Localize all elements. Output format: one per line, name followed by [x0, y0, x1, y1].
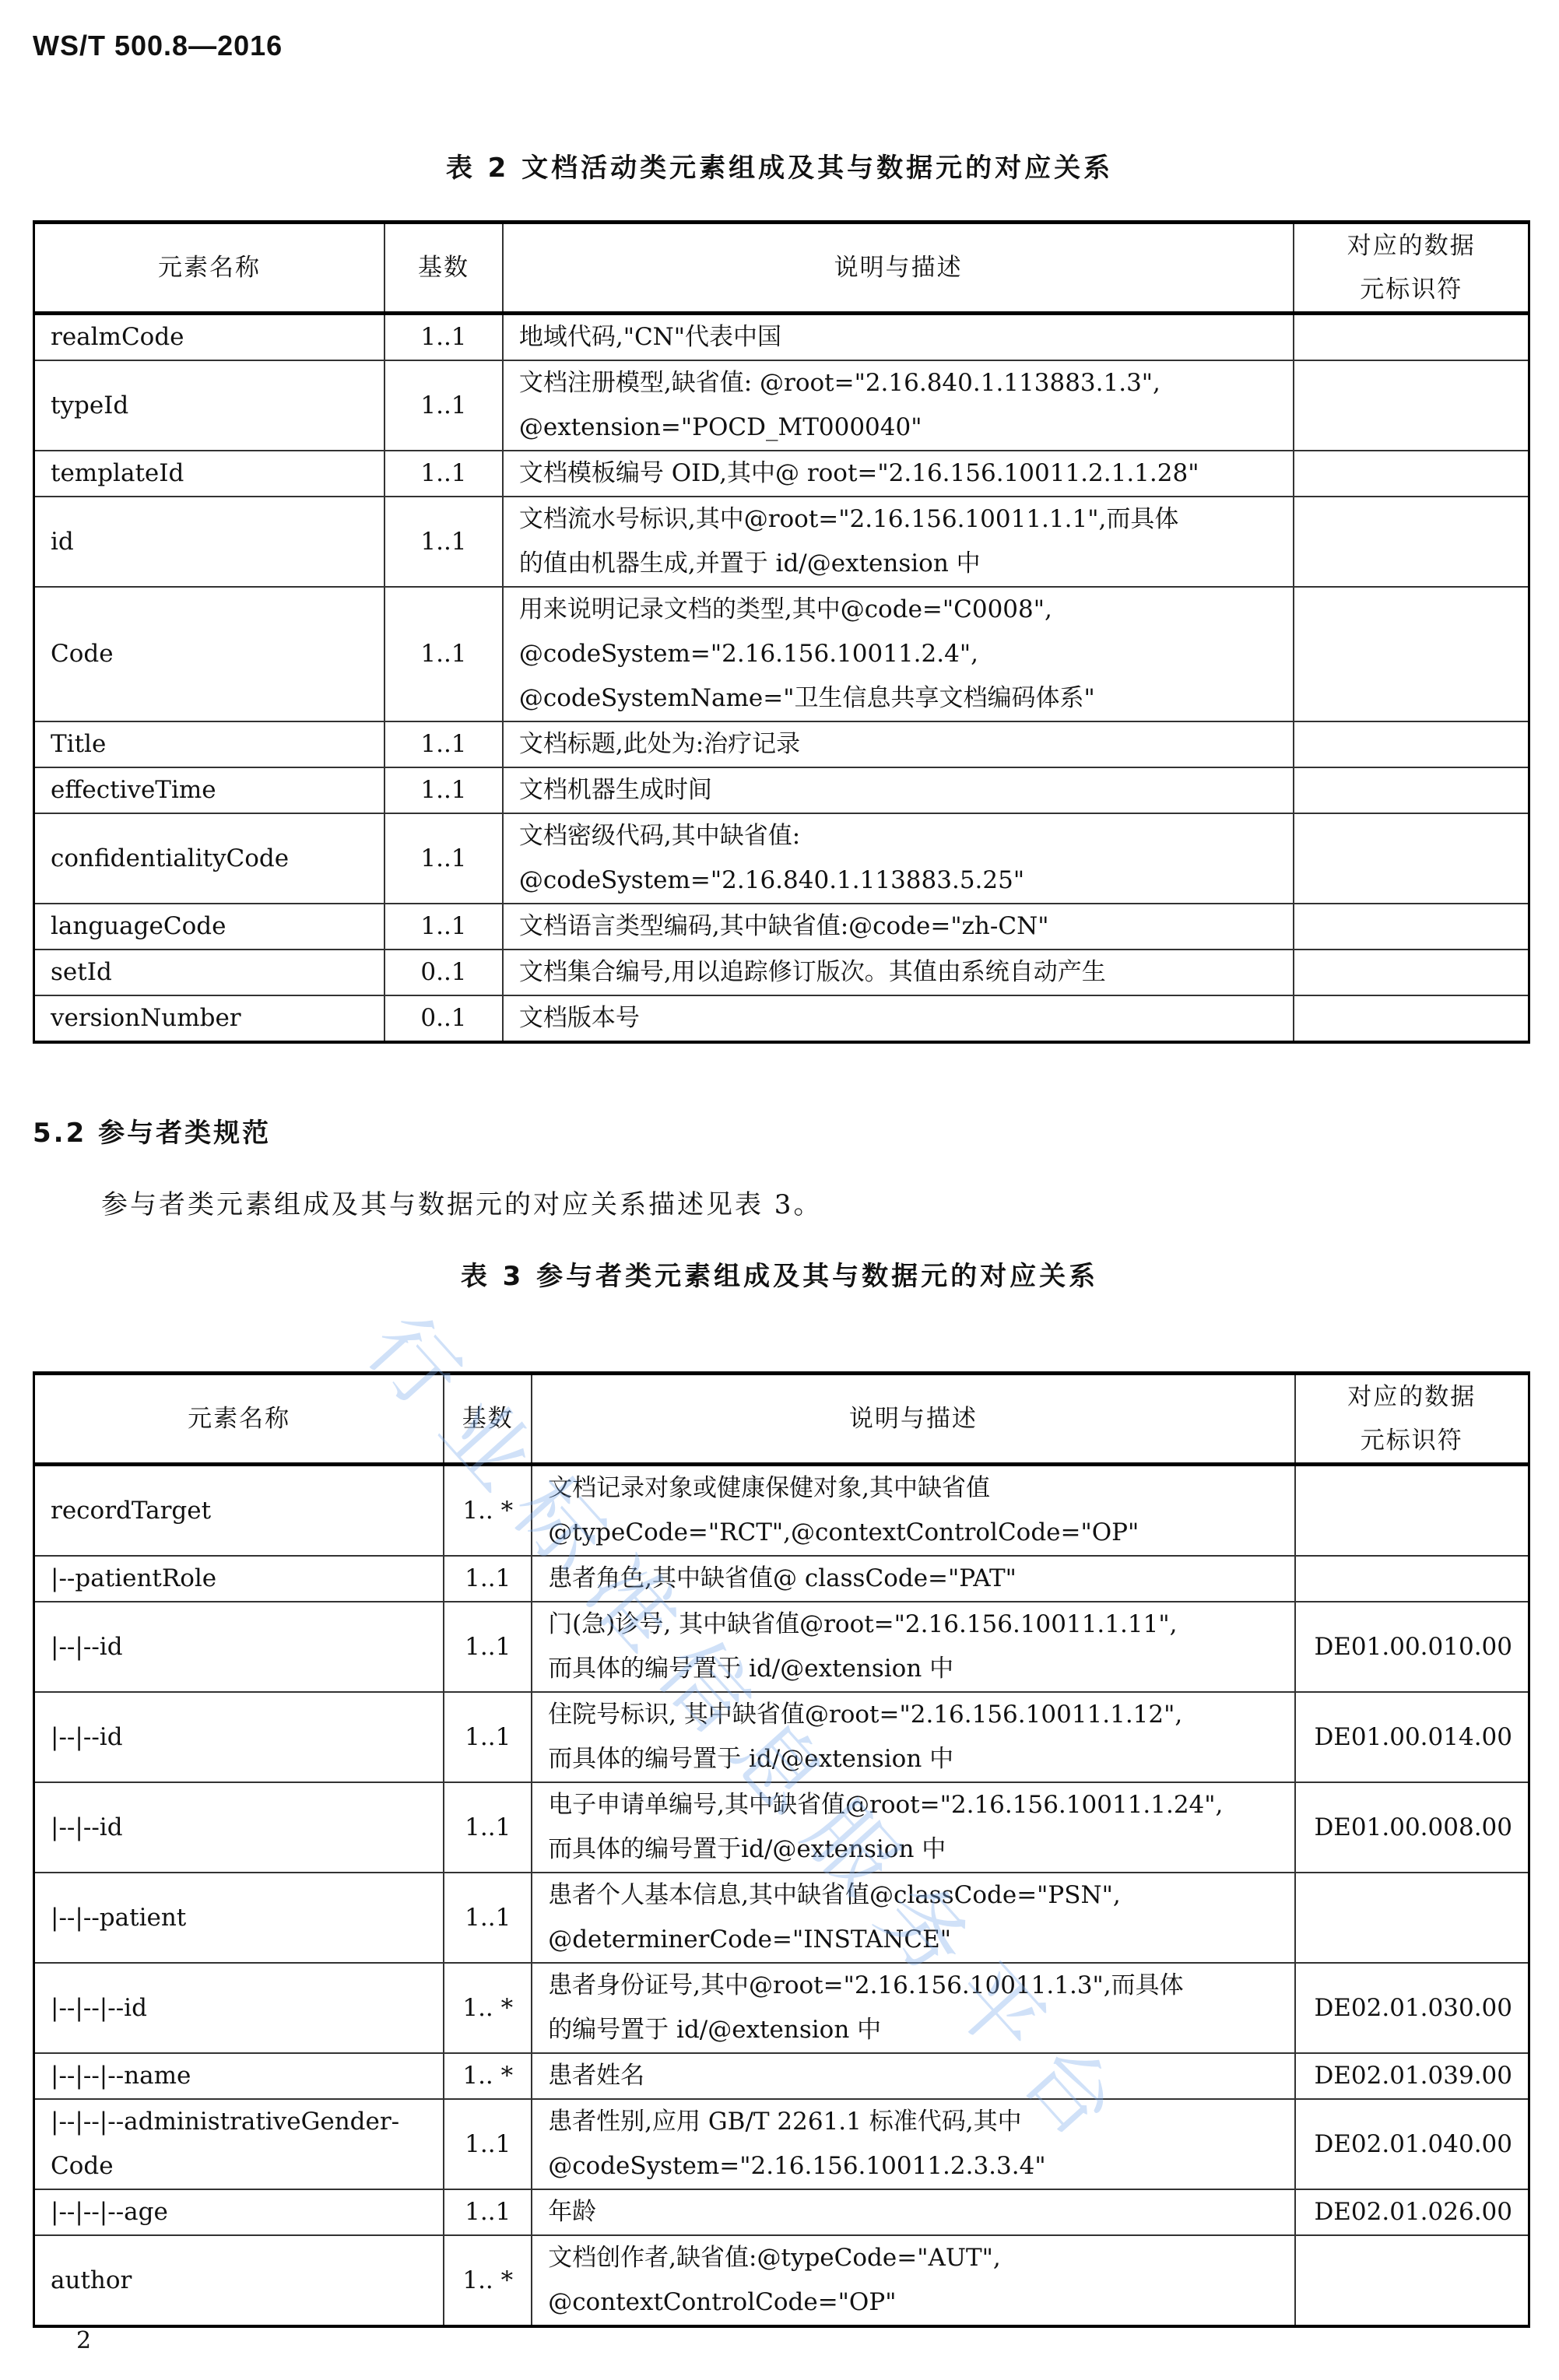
table-row: |--|--|--administrativeGender-Code1..1患者… — [34, 2099, 1529, 2189]
data-element-id-cell — [1295, 1873, 1529, 1963]
table-row: effectiveTime1..1文档机器生成时间 — [34, 767, 1529, 813]
section-heading: 5.2 参与者类规范 — [33, 1111, 271, 1150]
description-line: 文档版本号 — [519, 996, 1278, 1041]
standard-code: WS/T 500.8—2016 — [33, 30, 283, 62]
col-header-line: 元标识符 — [1310, 268, 1512, 311]
description-line: @codeSystemName="卫生信息共享文档编码体系" — [519, 676, 1278, 721]
table-row: |--|--patient1..1患者个人基本信息,其中缺省值@classCod… — [34, 1873, 1529, 1963]
description-cell: 文档记录对象或健康保健对象,其中缺省值@typeCode="RCT",@cont… — [532, 1465, 1294, 1557]
element-name-cell: id — [34, 497, 385, 587]
description-line: 用来说明记录文档的类型,其中@code="C0008", — [519, 588, 1278, 632]
table-row: |--|--|--age1..1年龄DE02.01.026.00 — [34, 2189, 1529, 2235]
cardinality-cell: 1.. * — [444, 1465, 532, 1557]
data-element-id-cell — [1294, 950, 1529, 995]
col-header-cardinality: 基数 — [384, 223, 503, 314]
description-cell: 年龄 — [532, 2189, 1294, 2235]
table-row: |--|--id1..1住院号标识, 其中缺省值@root="2.16.156.… — [34, 1692, 1529, 1782]
element-name-cell: |--|--|--age — [34, 2189, 444, 2235]
data-element-id-cell — [1295, 2235, 1529, 2326]
cardinality-cell: 1..1 — [384, 587, 503, 721]
description-cell: 患者角色,其中缺省值@ classCode="PAT" — [532, 1556, 1294, 1602]
description-line: 文档标题,此处为:治疗记录 — [519, 722, 1278, 767]
element-name-cell: |--|--id — [34, 1692, 444, 1782]
data-element-id-cell — [1294, 904, 1529, 950]
data-element-id-cell: DE02.01.039.00 — [1295, 2053, 1529, 2099]
element-name-cell: typeId — [34, 360, 385, 451]
cardinality-cell: 0..1 — [384, 950, 503, 995]
data-element-id-cell — [1294, 767, 1529, 813]
description-line: 文档记录对象或健康保健对象,其中缺省值 — [548, 1466, 1278, 1511]
description-line: 的编号置于 id/@extension 中 — [548, 2008, 1278, 2052]
description-line: @codeSystem="2.16.840.1.113883.5.25" — [519, 858, 1278, 903]
table3-header-row: 元素名称 基数 说明与描述 对应的数据 元标识符 — [34, 1374, 1529, 1465]
description-line: 文档流水号标识,其中@root="2.16.156.10011.1.1",而具体 — [519, 497, 1278, 542]
table-row: versionNumber0..1文档版本号 — [34, 995, 1529, 1042]
description-line: 住院号标识, 其中缺省值@root="2.16.156.10011.1.12", — [548, 1693, 1278, 1737]
description-line: 文档集合编号,用以追踪修订版次。其值由系统自动产生 — [519, 950, 1278, 995]
element-name-cell: effectiveTime — [34, 767, 385, 813]
data-element-id-cell — [1295, 1556, 1529, 1602]
element-name-cell: |--|--|--administrativeGender-Code — [34, 2099, 444, 2189]
description-cell: 文档模板编号 OID,其中@ root="2.16.156.10011.2.1.… — [503, 451, 1294, 497]
cardinality-cell: 1..1 — [444, 1556, 532, 1602]
element-name-cell: templateId — [34, 451, 385, 497]
description-line: @contextControlCode="OP" — [548, 2280, 1278, 2325]
description-cell: 住院号标识, 其中缺省值@root="2.16.156.10011.1.12",… — [532, 1692, 1294, 1782]
table-row: typeId1..1文档注册模型,缺省值: @root="2.16.840.1.… — [34, 360, 1529, 451]
table-row: author1.. *文档创作者,缺省值:@typeCode="AUT",@co… — [34, 2235, 1529, 2326]
col-header-element-name: 元素名称 — [34, 1374, 444, 1465]
page-number: 2 — [76, 2327, 91, 2354]
element-name-cell: versionNumber — [34, 995, 385, 1042]
cardinality-cell: 1..1 — [444, 1602, 532, 1692]
table-row: |--|--|--id1.. *患者身份证号,其中@root="2.16.156… — [34, 1963, 1529, 2053]
description-line: 患者身份证号,其中@root="2.16.156.10011.1.3",而具体 — [548, 1964, 1278, 2008]
element-name-cell: |--|--patient — [34, 1873, 444, 1963]
description-cell: 文档版本号 — [503, 995, 1294, 1042]
table-row: Code1..1用来说明记录文档的类型,其中@code="C0008",@cod… — [34, 587, 1529, 721]
col-header-description: 说明与描述 — [532, 1374, 1294, 1465]
description-line: 文档模板编号 OID,其中@ root="2.16.156.10011.2.1.… — [519, 451, 1278, 496]
element-name-cell: recordTarget — [34, 1465, 444, 1557]
description-line: @extension="POCD_MT000040" — [519, 405, 1278, 450]
table-row: setId0..1文档集合编号,用以追踪修订版次。其值由系统自动产生 — [34, 950, 1529, 995]
description-cell: 文档密级代码,其中缺省值:@codeSystem="2.16.840.1.113… — [503, 813, 1294, 904]
table3-caption: 表 3 参与者类元素组成及其与数据元的对应关系 — [0, 1255, 1559, 1293]
table2-header-row: 元素名称 基数 说明与描述 对应的数据 元标识符 — [34, 223, 1529, 314]
description-line: 文档创作者,缺省值:@typeCode="AUT", — [548, 2236, 1278, 2280]
description-line: 文档语言类型编码,其中缺省值:@code="zh-CN" — [519, 904, 1278, 949]
element-name-cell: author — [34, 2235, 444, 2326]
description-cell: 文档创作者,缺省值:@typeCode="AUT",@contextContro… — [532, 2235, 1294, 2326]
data-element-id-cell — [1294, 314, 1529, 361]
description-line: 患者个人基本信息,其中缺省值@classCode="PSN", — [548, 1873, 1278, 1918]
col-header-data-element-id: 对应的数据 元标识符 — [1294, 223, 1529, 314]
description-line: 患者角色,其中缺省值@ classCode="PAT" — [548, 1557, 1278, 1601]
table2-caption: 表 2 文档活动类元素组成及其与数据元的对应关系 — [0, 146, 1559, 184]
cardinality-cell: 1..1 — [384, 813, 503, 904]
description-cell: 患者个人基本信息,其中缺省值@classCode="PSN",@determin… — [532, 1873, 1294, 1963]
data-element-id-cell — [1294, 497, 1529, 587]
cardinality-cell: 1..1 — [384, 497, 503, 587]
description-cell: 用来说明记录文档的类型,其中@code="C0008",@codeSystem=… — [503, 587, 1294, 721]
description-cell: 电子申请单编号,其中缺省值@root="2.16.156.10011.1.24"… — [532, 1782, 1294, 1873]
table-row: id1..1文档流水号标识,其中@root="2.16.156.10011.1.… — [34, 497, 1529, 587]
description-line: 地域代码,"CN"代表中国 — [519, 315, 1278, 360]
description-cell: 文档语言类型编码,其中缺省值:@code="zh-CN" — [503, 904, 1294, 950]
cardinality-cell: 0..1 — [384, 995, 503, 1042]
description-cell: 门(急)诊号, 其中缺省值@root="2.16.156.10011.1.11"… — [532, 1602, 1294, 1692]
data-element-id-cell — [1294, 451, 1529, 497]
col-header-line: 对应的数据 — [1310, 224, 1512, 268]
col-header-element-name: 元素名称 — [34, 223, 385, 314]
data-element-id-cell — [1294, 587, 1529, 721]
data-element-id-cell: DE02.01.026.00 — [1295, 2189, 1529, 2235]
description-line: 而具体的编号置于id/@extension 中 — [548, 1827, 1278, 1872]
description-cell: 文档流水号标识,其中@root="2.16.156.10011.1.1",而具体… — [503, 497, 1294, 587]
element-name-cell: Code — [34, 587, 385, 721]
element-name-cell: languageCode — [34, 904, 385, 950]
element-name-cell: Title — [34, 721, 385, 767]
cardinality-cell: 1..1 — [384, 314, 503, 361]
data-element-id-cell: DE01.00.014.00 — [1295, 1692, 1529, 1782]
table2-body: realmCode1..1地域代码,"CN"代表中国typeId1..1文档注册… — [34, 314, 1529, 1043]
data-element-id-cell — [1294, 721, 1529, 767]
cardinality-cell: 1..1 — [444, 2099, 532, 2189]
description-cell: 文档集合编号,用以追踪修订版次。其值由系统自动产生 — [503, 950, 1294, 995]
data-element-id-cell — [1294, 360, 1529, 451]
element-name-cell: confidentialityCode — [34, 813, 385, 904]
description-line: @typeCode="RCT",@contextControlCode="OP" — [548, 1511, 1278, 1555]
col-header-cardinality: 基数 — [444, 1374, 532, 1465]
cardinality-cell: 1..1 — [384, 451, 503, 497]
description-line: 而具体的编号置于 id/@extension 中 — [548, 1647, 1278, 1691]
description-line: @codeSystem="2.16.156.10011.2.4", — [519, 632, 1278, 676]
element-name-cell: realmCode — [34, 314, 385, 361]
description-line: @codeSystem="2.16.156.10011.2.3.3.4" — [548, 2144, 1278, 2189]
table3-body: recordTarget1.. *文档记录对象或健康保健对象,其中缺省值@typ… — [34, 1465, 1529, 2327]
table2: 元素名称 基数 说明与描述 对应的数据 元标识符 realmCode1..1地域… — [33, 220, 1530, 1044]
table-row: |--|--id1..1电子申请单编号,其中缺省值@root="2.16.156… — [34, 1782, 1529, 1873]
data-element-id-cell: DE02.01.040.00 — [1295, 2099, 1529, 2189]
element-name-cell: |--|--id — [34, 1782, 444, 1873]
element-name-cell: |--|--|--id — [34, 1963, 444, 2053]
description-line: 文档机器生成时间 — [519, 768, 1278, 813]
table-row: |--|--|--name1.. *患者姓名DE02.01.039.00 — [34, 2053, 1529, 2099]
description-line: 电子申请单编号,其中缺省值@root="2.16.156.10011.1.24"… — [548, 1783, 1278, 1827]
col-header-line: 对应的数据 — [1311, 1375, 1512, 1419]
description-cell: 文档机器生成时间 — [503, 767, 1294, 813]
description-line: 患者性别,应用 GB/T 2261.1 标准代码,其中 — [548, 2100, 1278, 2144]
cardinality-cell: 1..1 — [444, 1873, 532, 1963]
table-row: Title1..1文档标题,此处为:治疗记录 — [34, 721, 1529, 767]
description-cell: 文档标题,此处为:治疗记录 — [503, 721, 1294, 767]
description-cell: 地域代码,"CN"代表中国 — [503, 314, 1294, 361]
col-header-description: 说明与描述 — [503, 223, 1294, 314]
element-name-cell: |--patientRole — [34, 1556, 444, 1602]
cardinality-cell: 1..1 — [444, 2189, 532, 2235]
description-line: 门(急)诊号, 其中缺省值@root="2.16.156.10011.1.11"… — [548, 1602, 1278, 1647]
description-line: 的值由机器生成,并置于 id/@extension 中 — [519, 542, 1278, 586]
table-row: realmCode1..1地域代码,"CN"代表中国 — [34, 314, 1529, 361]
element-name-cell: |--|--id — [34, 1602, 444, 1692]
cardinality-cell: 1..1 — [384, 360, 503, 451]
data-element-id-cell — [1294, 995, 1529, 1042]
data-element-id-cell — [1294, 813, 1529, 904]
table3: 元素名称 基数 说明与描述 对应的数据 元标识符 recordTarget1..… — [33, 1371, 1530, 2328]
table-row: templateId1..1文档模板编号 OID,其中@ root="2.16.… — [34, 451, 1529, 497]
description-line: 年龄 — [548, 2190, 1278, 2234]
element-name-line: |--|--|--administrativeGender- — [51, 2100, 427, 2144]
cardinality-cell: 1.. * — [444, 1963, 532, 2053]
data-element-id-cell: DE02.01.030.00 — [1295, 1963, 1529, 2053]
description-line: 文档密级代码,其中缺省值: — [519, 814, 1278, 858]
table-row: |--|--id1..1门(急)诊号, 其中缺省值@root="2.16.156… — [34, 1602, 1529, 1692]
description-line: @determinerCode="INSTANCE" — [548, 1918, 1278, 1962]
element-name-cell: |--|--|--name — [34, 2053, 444, 2099]
table-row: languageCode1..1文档语言类型编码,其中缺省值:@code="zh… — [34, 904, 1529, 950]
description-cell: 患者姓名 — [532, 2053, 1294, 2099]
description-line: 文档注册模型,缺省值: @root="2.16.840.1.113883.1.3… — [519, 361, 1278, 405]
cardinality-cell: 1..1 — [444, 1782, 532, 1873]
table-row: |--patientRole1..1患者角色,其中缺省值@ classCode=… — [34, 1556, 1529, 1602]
data-element-id-cell: DE01.00.008.00 — [1295, 1782, 1529, 1873]
description-cell: 患者性别,应用 GB/T 2261.1 标准代码,其中@codeSystem="… — [532, 2099, 1294, 2189]
cardinality-cell: 1..1 — [384, 767, 503, 813]
col-header-data-element-id: 对应的数据 元标识符 — [1295, 1374, 1529, 1465]
cardinality-cell: 1..1 — [444, 1692, 532, 1782]
element-name-line: Code — [51, 2144, 427, 2189]
cardinality-cell: 1..1 — [384, 721, 503, 767]
cardinality-cell: 1.. * — [444, 2235, 532, 2326]
description-line: 患者姓名 — [548, 2054, 1278, 2098]
description-line: 而具体的编号置于 id/@extension 中 — [548, 1737, 1278, 1781]
cardinality-cell: 1..1 — [384, 904, 503, 950]
table-row: recordTarget1.. *文档记录对象或健康保健对象,其中缺省值@typ… — [34, 1465, 1529, 1557]
table-row: confidentialityCode1..1文档密级代码,其中缺省值:@cod… — [34, 813, 1529, 904]
element-name-cell: setId — [34, 950, 385, 995]
data-element-id-cell: DE01.00.010.00 — [1295, 1602, 1529, 1692]
description-cell: 文档注册模型,缺省值: @root="2.16.840.1.113883.1.3… — [503, 360, 1294, 451]
section-paragraph: 参与者类元素组成及其与数据元的对应关系描述见表 3。 — [101, 1183, 822, 1221]
col-header-line: 元标识符 — [1311, 1419, 1512, 1462]
data-element-id-cell — [1295, 1465, 1529, 1557]
description-cell: 患者身份证号,其中@root="2.16.156.10011.1.3",而具体的… — [532, 1963, 1294, 2053]
cardinality-cell: 1.. * — [444, 2053, 532, 2099]
